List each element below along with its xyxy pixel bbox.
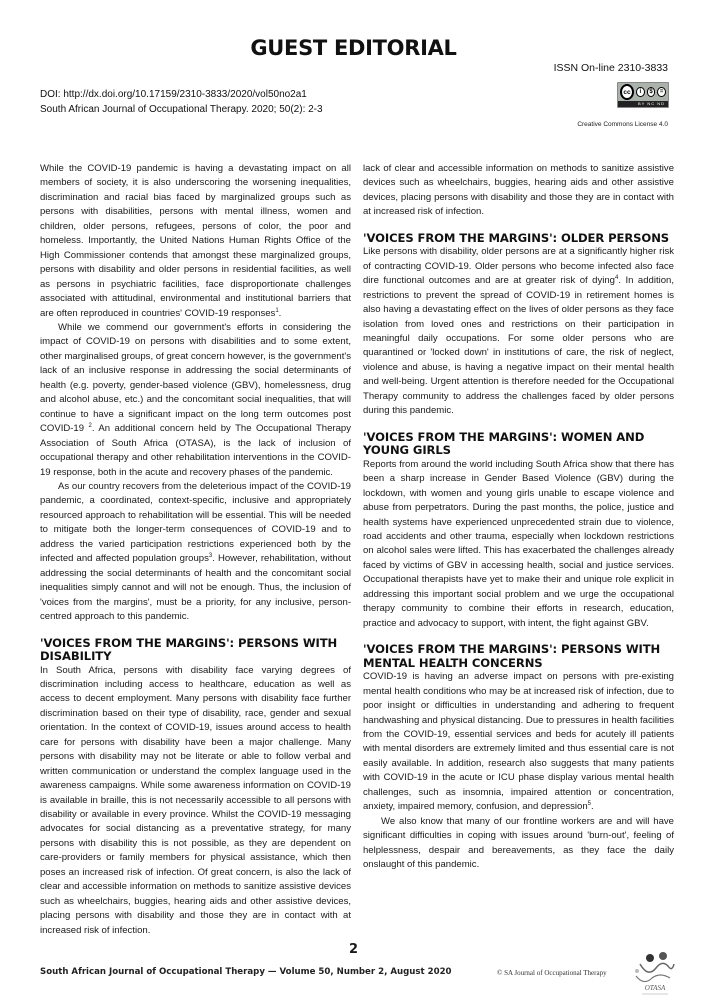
creative-commons-by-nc-nd-icon[interactable]: cc i $ = BY NC ND xyxy=(617,82,669,108)
intro-paragraph-1: While the COVID-19 pandemic is having a … xyxy=(40,162,351,321)
journal-citation: South African Journal of Occupational Th… xyxy=(40,103,323,118)
mental-health-paragraph-2: We also know that many of our frontline … xyxy=(363,815,674,873)
older-persons-paragraph: Like persons with disability, older pers… xyxy=(363,245,674,418)
mental-health-paragraph-1: COVID-19 is having an adverse impact on … xyxy=(363,670,674,815)
women-paragraph: Reports from around the world including … xyxy=(363,458,674,631)
right-column: lack of clear and accessible information… xyxy=(363,162,674,873)
doi-link[interactable]: DOI: http://dx.doi.org/10.17159/2310-383… xyxy=(40,88,323,103)
issn: ISSN On-line 2310-3833 xyxy=(554,62,668,74)
page-number: 2 xyxy=(0,942,707,957)
footer-copyright: © SA Journal of Occupational Therapy xyxy=(497,969,607,977)
section-heading-older-persons: 'VOICES FROM THE MARGINS': OLDER PERSONS xyxy=(363,232,674,246)
section-heading-disability: 'VOICES FROM THE MARGINS': PERSONS WITH … xyxy=(40,637,351,664)
license-caption: Creative Commons License 4.0 xyxy=(577,121,668,128)
section-heading-mental-health: 'VOICES FROM THE MARGINS': PERSONS WITH … xyxy=(363,643,674,670)
disability-paragraph: In South Africa, persons with disability… xyxy=(40,664,351,938)
left-column: While the COVID-19 pandemic is having a … xyxy=(40,162,351,938)
intro-paragraph-2: While we commend our government's effort… xyxy=(40,321,351,480)
section-heading-women: 'VOICES FROM THE MARGINS': WOMEN AND YOU… xyxy=(363,431,674,458)
svg-text:OTASA: OTASA xyxy=(645,984,666,992)
citation-block: DOI: http://dx.doi.org/10.17159/2310-383… xyxy=(40,88,323,117)
disability-paragraph-continued: lack of clear and accessible information… xyxy=(363,162,674,220)
page-title: GUEST EDITORIAL xyxy=(0,36,707,60)
otasa-logo-icon: OTASA xyxy=(630,950,680,996)
intro-paragraph-3: As our country recovers from the deleter… xyxy=(40,480,351,625)
footer-journal-info: South African Journal of Occupational Th… xyxy=(40,967,452,977)
